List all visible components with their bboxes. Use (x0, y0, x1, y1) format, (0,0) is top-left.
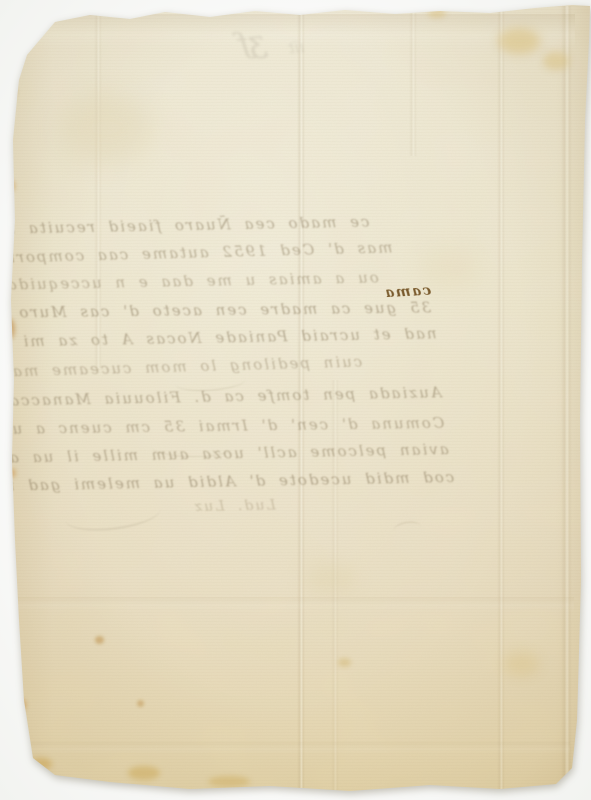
stain (2, 84, 16, 100)
paper-sheet-wrapper: ce mado cea Ñuaro fiaeid recuita incanal… (0, 0, 591, 800)
page: { "document": { "kind": "aged handwritte… (0, 0, 591, 800)
paper-grain-texture (0, 0, 591, 800)
paper-sheet: ce mado cea Ñuaro fiaeid recuita incanal… (0, 0, 591, 800)
stain (5, 180, 15, 192)
scanner-background: ce mado cea Ñuaro fiaeid recuita incanal… (0, 0, 591, 800)
stain (10, 698, 26, 712)
